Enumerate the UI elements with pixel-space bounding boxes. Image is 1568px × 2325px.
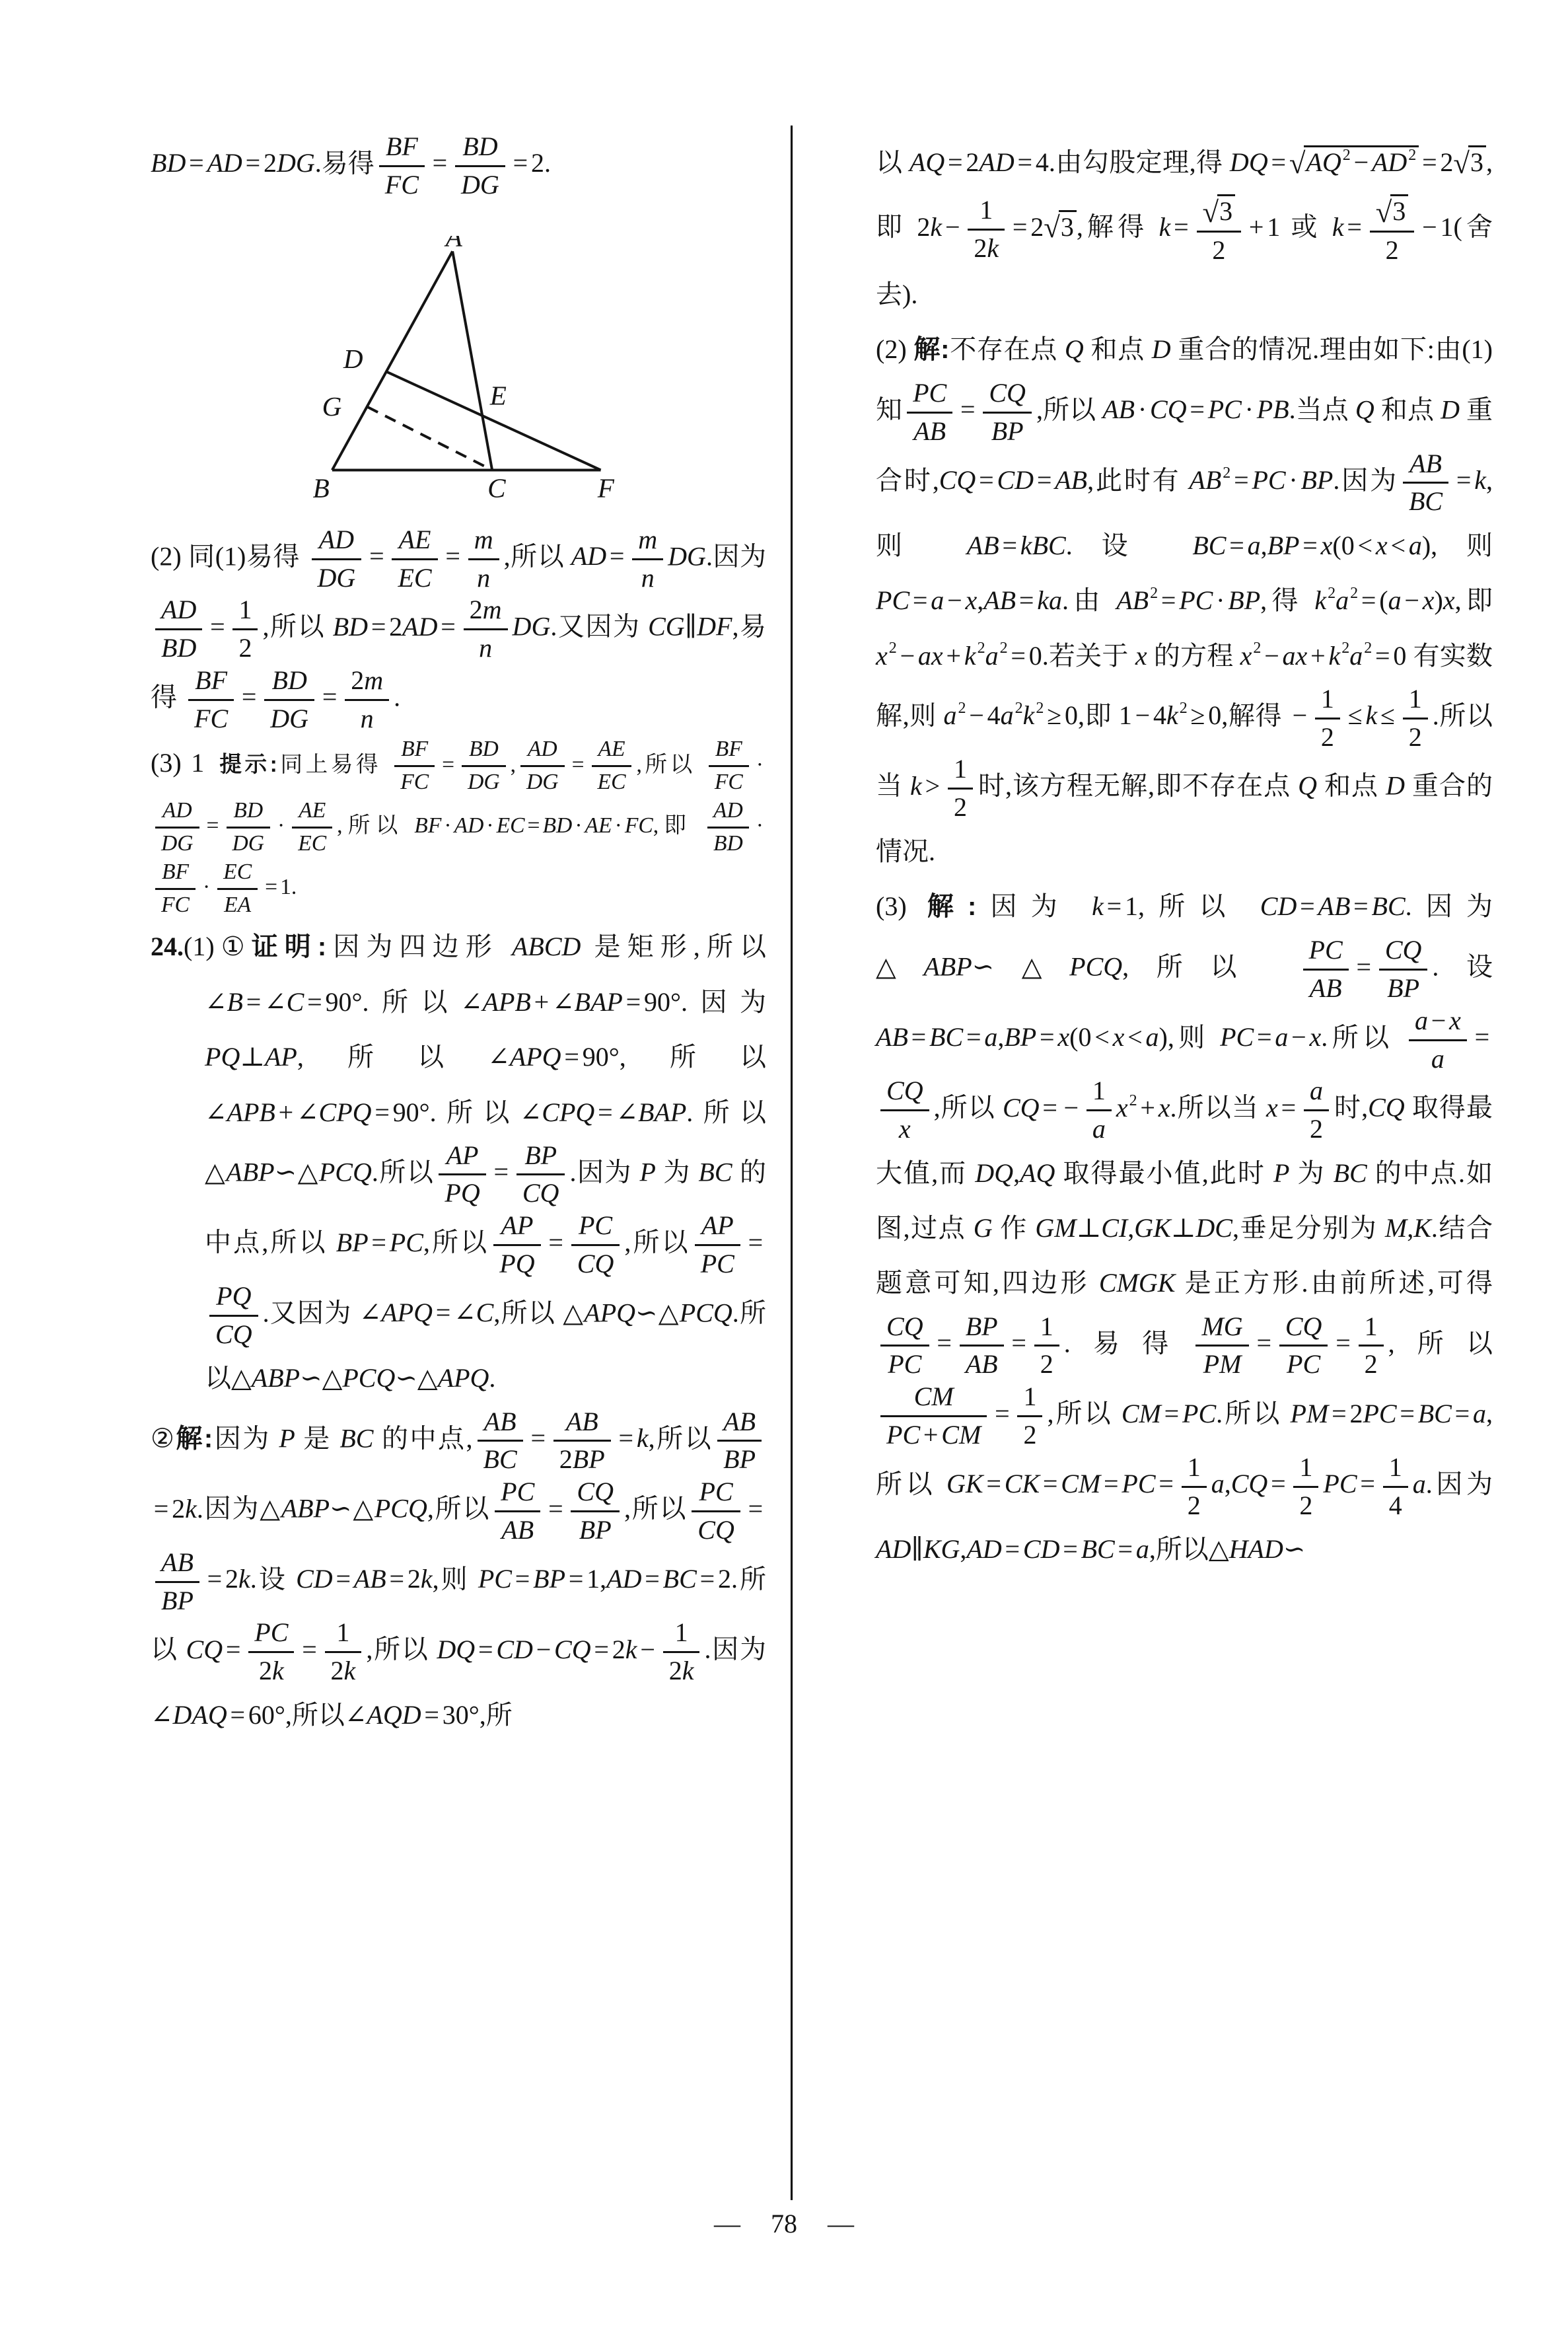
text: 所以 (693, 1097, 766, 1127)
fraction: BPAB (960, 1311, 1004, 1382)
math-run: DQ= (1230, 147, 1289, 177)
fraction-denominator: FC (709, 767, 749, 796)
fraction-numerator: √3 (1197, 192, 1242, 233)
math-text: D (176, 798, 192, 823)
math-text: Q (1355, 394, 1374, 424)
fraction: 12 (1403, 683, 1428, 754)
math-text: P (216, 1281, 232, 1311)
math-text: C (237, 860, 252, 884)
superscript: 2 (1000, 640, 1008, 657)
math-text: Q (956, 465, 976, 495)
math-text: B (483, 1444, 499, 1474)
math-run: 2k (259, 1656, 284, 1685)
text: = (548, 1494, 563, 1524)
fraction: 12 (1034, 1311, 1059, 1382)
text: · (1289, 465, 1297, 495)
text: 因为 (688, 987, 766, 1017)
math-text: M (931, 1382, 953, 1411)
text: = (1361, 585, 1376, 615)
math-text: B (1387, 973, 1403, 1003)
text: . (731, 1564, 738, 1594)
text: (1)① (184, 932, 252, 961)
math-text: K (1153, 1213, 1171, 1243)
math-text: C (271, 1617, 289, 1647)
math-text: A (1310, 973, 1326, 1003)
math-text: Q (1007, 378, 1026, 408)
fraction-numerator: EC (217, 859, 258, 890)
fraction-denominator: 2 (1034, 1347, 1059, 1381)
math-text: P (177, 1586, 193, 1615)
text: 2 (331, 1656, 344, 1685)
text: ,所以 (1047, 1399, 1121, 1428)
math-text: Q (461, 1178, 480, 1208)
text: = (937, 1328, 952, 1358)
fraction-denominator: 2 (1359, 1347, 1384, 1381)
fraction: BDDG (455, 131, 505, 202)
text: 9 (644, 987, 657, 1017)
math-text: C (554, 1635, 572, 1664)
math-run: 2m (470, 595, 502, 624)
math-run: BC (698, 1157, 732, 1187)
math-text: Q (353, 1157, 372, 1187)
math-run: = (1009, 1328, 1030, 1358)
text: △ (260, 1494, 281, 1524)
math-run: = (491, 1157, 512, 1187)
text: = (441, 612, 456, 642)
math-text: F (175, 860, 189, 884)
text: ,所以 (624, 1494, 687, 1524)
math-text: B (1267, 531, 1283, 560)
math-text: P (1179, 585, 1195, 615)
fraction-denominator: x (880, 1111, 929, 1146)
fraction: APPC (695, 1210, 740, 1280)
math-text: C (542, 1097, 559, 1127)
text: = (528, 813, 540, 838)
math-run: = (546, 1228, 567, 1257)
math-text: C (1434, 1399, 1452, 1428)
text: = (515, 1564, 530, 1594)
text: 2 (531, 148, 544, 178)
line-gc-dashed (367, 406, 492, 470)
math-text: C (335, 1157, 353, 1187)
math-run: DG (461, 170, 499, 200)
text: = (442, 753, 454, 777)
text: = (1161, 585, 1176, 615)
math-text: D (697, 612, 716, 642)
fraction-denominator: DG (227, 829, 271, 858)
text: , (1407, 1213, 1413, 1243)
math-text: B (575, 987, 590, 1017)
math-run: AB=kBC. (967, 531, 1073, 560)
text: 又因为 (269, 1298, 359, 1327)
math-text: B (740, 1407, 756, 1436)
text: · (486, 813, 493, 838)
math-run: CQ= (186, 1635, 244, 1664)
math-text: A (192, 1700, 207, 1730)
math-text: Q (516, 1249, 535, 1278)
math-run: = (207, 612, 228, 642)
text: = (1300, 891, 1315, 921)
math-text: A (226, 1157, 242, 1187)
math-run: =2 (1419, 147, 1453, 177)
text: − (1354, 147, 1369, 177)
fraction: mn (468, 524, 499, 595)
math-text: A (713, 798, 727, 823)
math-text: x (1423, 585, 1435, 615)
math-text: P (600, 1298, 616, 1327)
math-text: C (717, 1249, 734, 1278)
math-run: CQ (1385, 935, 1422, 965)
math-text: C (414, 770, 429, 794)
math-text: C (312, 831, 326, 856)
radical-sign: √ (1376, 196, 1392, 229)
fraction-numerator: BF (155, 859, 196, 890)
math-text: P (876, 585, 892, 615)
math-text: B (242, 1157, 258, 1187)
text: + (1140, 1093, 1155, 1123)
math-run: 2 (954, 792, 967, 822)
math-run: BD (272, 665, 307, 695)
fraction-denominator: a (1087, 1111, 1112, 1146)
text: ≤ (1380, 700, 1395, 730)
fraction: 12k (968, 194, 1005, 265)
superscript: 2 (1343, 147, 1351, 164)
text: (2) 同(1)易得 (151, 541, 307, 571)
math-text: B (1192, 531, 1208, 560)
fraction-numerator: PC (1303, 934, 1349, 971)
math-text: Q (713, 1298, 732, 1327)
fraction-denominator: CQ (692, 1512, 740, 1547)
vertex-label-b: B (313, 472, 330, 501)
text: − (945, 212, 960, 242)
math-text: P (258, 1157, 274, 1187)
math-run: n (479, 633, 492, 663)
math-text: M (1385, 1213, 1407, 1243)
fraction-numerator: CQ (880, 1311, 929, 1347)
math-run: M,K. (1385, 1213, 1438, 1243)
text: . (1426, 1469, 1433, 1498)
text: 所以 (1328, 1022, 1404, 1052)
math-run: . (263, 1298, 269, 1327)
math-text: C (715, 1477, 733, 1506)
text: = (1360, 1469, 1375, 1498)
page-number: — 78 — (0, 2208, 1568, 2239)
math-text: D (892, 1534, 911, 1564)
text: = (1002, 531, 1017, 560)
math-text: Q (353, 1097, 372, 1127)
math-text: P (281, 1042, 297, 1072)
math-run: MG (1201, 1311, 1242, 1341)
text: ( (1069, 1022, 1078, 1052)
math-run: = (745, 1494, 766, 1524)
text: = (1040, 1022, 1055, 1052)
math-text: a (1409, 531, 1422, 560)
text: = (322, 682, 338, 712)
math-run: 4 (1389, 1491, 1402, 1520)
math-text: k (421, 1564, 433, 1594)
math-run: BP (966, 1311, 998, 1341)
math-run: a (1092, 1114, 1106, 1144)
fraction-denominator: n (345, 701, 389, 735)
math-text: C (929, 378, 947, 408)
text: 当点 (1296, 394, 1355, 424)
math-text: M (959, 1420, 981, 1450)
math-text: P (717, 1210, 733, 1240)
math-text: E (598, 813, 612, 838)
text: △ (231, 1363, 252, 1393)
text: 0 (596, 1042, 609, 1072)
math-text: D (727, 798, 743, 823)
text: = (1302, 531, 1318, 560)
math-text: D (1264, 1534, 1283, 1564)
text: ,即 (1455, 585, 1493, 615)
math-run: x2−ax+k2a2=0. (876, 641, 1049, 671)
fraction-numerator: AP (439, 1140, 485, 1176)
math-run: D (1386, 771, 1405, 801)
math-text: C (577, 1477, 594, 1506)
math-text: m (474, 525, 493, 554)
fraction: BDDG (227, 797, 271, 858)
math-run: x (1135, 641, 1147, 671)
math-run: PC (1309, 935, 1343, 965)
math-text: B (573, 1444, 588, 1474)
fraction-denominator: CQ (517, 1175, 565, 1210)
math-run: Q (1355, 394, 1374, 424)
math-run: 2BP (559, 1444, 605, 1474)
text: 是正方形.由前所述,可得 (1175, 1268, 1493, 1298)
math-run: FC (385, 170, 419, 200)
text: = (1271, 147, 1287, 177)
math-text: A (483, 987, 499, 1017)
math-text: F (715, 770, 729, 794)
math-text: B (151, 148, 166, 178)
math-text: A (367, 1700, 382, 1730)
math-run: = (1332, 1328, 1353, 1358)
math-text: D (166, 148, 186, 178)
math-text: a (1136, 1534, 1149, 1564)
math-run: AD (528, 737, 557, 761)
math-text: B (715, 737, 729, 761)
math-text: F (415, 737, 429, 761)
fraction-numerator: AD (707, 797, 749, 829)
text: 因为 (711, 1635, 766, 1664)
fraction-numerator: m (468, 524, 499, 560)
text: ∽ (635, 1298, 658, 1327)
fraction-denominator: 2BP (553, 1442, 611, 1476)
text: 3 (1392, 196, 1406, 226)
fraction-numerator: 2m (345, 665, 389, 701)
math-text: Q (925, 147, 944, 177)
math-text: P (279, 1423, 295, 1453)
triangle-diagram-svg: A D G E B C F (293, 236, 624, 501)
math-text: P (550, 1564, 565, 1594)
fraction: AB2BP (553, 1406, 611, 1477)
math-run: 1 (1092, 1076, 1106, 1105)
text: = (1042, 1093, 1057, 1123)
text: △ (876, 952, 923, 982)
fraction-numerator: CQ (1379, 934, 1428, 971)
math-run: BC (339, 1423, 373, 1453)
fraction-numerator: AB (478, 1406, 523, 1442)
math-text: k (987, 233, 999, 263)
math-text: B (1119, 394, 1135, 424)
math-text: k (1365, 700, 1377, 730)
math-text: G (248, 831, 264, 856)
math-text: D (461, 170, 480, 200)
fraction-numerator: BF (394, 736, 435, 767)
math-run: AP (446, 1140, 479, 1170)
math-run: . (569, 1157, 576, 1187)
text: + (946, 641, 961, 671)
fraction-denominator: FC (155, 890, 196, 919)
math-text: G (289, 704, 308, 733)
text: . (430, 1097, 437, 1127)
math-run: PC (701, 1249, 734, 1278)
math-run: AD∥KG,AD=CD=BC=a (876, 1534, 1149, 1564)
math-text: P (1257, 394, 1273, 424)
math-run: DG (270, 704, 308, 733)
fraction-denominator: 2 (1017, 1417, 1042, 1452)
text: . (704, 1635, 711, 1664)
math-text: k (1092, 891, 1104, 921)
math-text: Q (594, 1249, 614, 1278)
text: ) (1422, 531, 1431, 560)
math-run: CM=PC. (1122, 1399, 1223, 1428)
text: ,所以 (297, 1042, 487, 1072)
fraction-numerator: 1 (1087, 1075, 1112, 1111)
text: 1 (1365, 1311, 1378, 1341)
fraction-numerator: PC (571, 1210, 620, 1246)
text: 1 (1409, 684, 1422, 714)
math-text: P (1309, 935, 1325, 965)
fraction-denominator: DG (312, 560, 362, 595)
math-text: C (510, 813, 524, 838)
fraction: ADBD (707, 797, 749, 858)
math-run: = (238, 682, 260, 712)
right-column: 以 AQ=2AD=4.由勾股定理,得 DQ=√AQ2−AD2=2√3,即 2k−… (876, 131, 1493, 1577)
math-run: AB (913, 416, 946, 446)
text: . (1216, 1399, 1223, 1428)
math-run: D (1441, 394, 1460, 424)
math-text: E (224, 893, 238, 917)
math-text: B (713, 831, 727, 856)
math-text: P (1363, 1399, 1378, 1428)
math-text: A (701, 1210, 717, 1240)
math-text: k (910, 771, 922, 801)
math-text: G (946, 1469, 966, 1498)
math-run: . (1432, 952, 1439, 982)
math-text: a (1146, 1022, 1159, 1052)
math-text: P (352, 1228, 368, 1257)
math-run: 1 (1023, 1382, 1036, 1411)
vertex-label-f: F (597, 472, 615, 501)
math-text: C (886, 1311, 904, 1341)
text: 作 (993, 1213, 1036, 1243)
math-text: B (528, 932, 544, 961)
fraction: BFFC (394, 736, 435, 796)
math-text: K (966, 1469, 983, 1498)
fraction-numerator: CM (880, 1381, 987, 1417)
math-run: CD=AB=BC. (1260, 891, 1412, 921)
fraction-denominator: BC (478, 1442, 523, 1476)
math-text: B (981, 1349, 997, 1379)
math-run: CQ=CD=AB (939, 465, 1087, 495)
math-text: P (1020, 1022, 1036, 1052)
text: ,所以 (504, 541, 571, 571)
math-run: 2 (1188, 1491, 1201, 1520)
text: ,所以 (636, 753, 703, 777)
math-text: P (1404, 973, 1419, 1003)
math-text: k (1037, 585, 1049, 615)
math-run: BF·AD·EC=BD·AE·FC (414, 813, 653, 838)
math-text: C (1048, 531, 1066, 560)
math-text: B (533, 1564, 549, 1594)
fraction: 12 (1017, 1381, 1042, 1452)
math-text: P (1007, 416, 1023, 446)
text: ,所以 (1122, 952, 1298, 982)
math-run: △ABP∽△PCQ (876, 952, 1122, 982)
text: . (732, 1298, 739, 1327)
math-text: P (336, 1097, 352, 1127)
math-text: B (1409, 486, 1425, 516)
math-run: BF (195, 665, 227, 695)
text: (3) (876, 891, 927, 921)
superscript: 2 (1129, 1092, 1137, 1109)
math-text: x (1443, 585, 1455, 615)
math-run: 1 (1365, 1311, 1378, 1341)
math-run: n (641, 563, 655, 593)
math-text: M (1219, 1349, 1241, 1379)
math-text: C (1138, 1469, 1156, 1498)
math-run: AD (319, 525, 354, 554)
text: = (1164, 1399, 1180, 1428)
math-text: Q (715, 1515, 734, 1545)
text: ∽ (972, 952, 995, 982)
math-text: P (639, 1157, 655, 1187)
math-text: Q (413, 1298, 433, 1327)
math-text: n (477, 563, 490, 593)
math-text: Q (470, 1363, 489, 1393)
text: 0 (1393, 641, 1406, 671)
text: = (210, 612, 225, 642)
math-text: a (1001, 700, 1014, 730)
bold-label: 提示: (217, 753, 277, 777)
fraction-numerator: CQ (1279, 1311, 1328, 1347)
math-run: =2 (1009, 212, 1044, 242)
math-text: D (161, 831, 177, 856)
math-text: a (931, 585, 944, 615)
text: 9 (393, 1097, 406, 1127)
math-text: G (1139, 1268, 1158, 1298)
text: ∥ (911, 1534, 923, 1564)
math-text: C (648, 612, 666, 642)
math-run: . (1064, 1328, 1071, 1358)
math-text: a (918, 641, 931, 671)
math-text: A (402, 612, 418, 642)
text: = (995, 1399, 1010, 1428)
fraction: mn (632, 524, 663, 595)
math-text: C (997, 465, 1015, 495)
text: , (1225, 1469, 1231, 1498)
math-text: B (1326, 973, 1341, 1003)
text: = (598, 1097, 613, 1127)
math-text: B (297, 1494, 313, 1524)
math-run: G (974, 1213, 993, 1243)
text: > (925, 771, 941, 801)
text: − (900, 641, 915, 671)
math-text: n (361, 704, 374, 733)
math-text: k (682, 1656, 694, 1685)
